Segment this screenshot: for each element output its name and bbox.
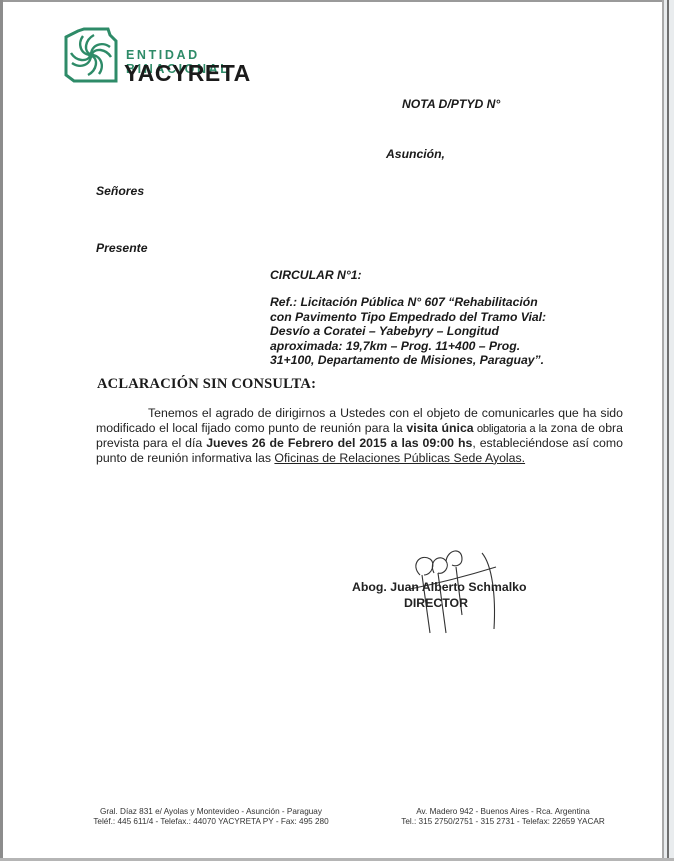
reference-block: Ref.: Licitación Pública N° 607 “Rehabil… bbox=[270, 295, 560, 368]
signatory-name: Abog. Juan Alberto Schmalko bbox=[352, 580, 526, 594]
page-border-left bbox=[0, 0, 3, 861]
note-number: NOTA D/PTYD N° bbox=[402, 97, 500, 111]
section-heading: ACLARACIÓN SIN CONSULTA: bbox=[97, 376, 316, 393]
body-text-part2: obligatoria a la bbox=[474, 423, 547, 435]
org-name-line2: YACYRETA bbox=[124, 60, 251, 87]
spiral-square-logo-icon bbox=[64, 27, 118, 83]
letterhead-logo: ENTIDAD BINACIONAL YACYRETA bbox=[64, 27, 304, 87]
footer-address-paraguay: Gral. Díaz 831 e/ Ayolas y Montevideo - … bbox=[86, 807, 336, 827]
place-line: Asunción, bbox=[386, 147, 445, 161]
footer-left-line2: Teléf.: 445 611/4 - Telefax.: 44070 YACY… bbox=[86, 817, 336, 827]
body-paragraph: Tenemos el agrado de dirigirnos a Ustede… bbox=[96, 406, 623, 465]
circular-title: CIRCULAR N°1: bbox=[270, 268, 362, 282]
page-border-right-line bbox=[667, 0, 669, 861]
body-underlined-location: Oficinas de Relaciones Públicas Sede Ayo… bbox=[274, 451, 525, 465]
signatory-title: DIRECTOR bbox=[404, 596, 468, 610]
salutation: Señores bbox=[96, 184, 144, 198]
presente-line: Presente bbox=[96, 241, 148, 255]
page-border-top bbox=[0, 0, 674, 2]
footer-left-line1: Gral. Díaz 831 e/ Ayolas y Montevideo - … bbox=[86, 807, 336, 817]
body-bold-date: Jueves 26 de Febrero del 2015 a las 09:0… bbox=[206, 436, 472, 450]
footer-right-line1: Av. Madero 942 - Buenos Aires - Rca. Arg… bbox=[386, 807, 620, 817]
body-bold-visit: visita única bbox=[406, 421, 473, 435]
footer-address-argentina: Av. Madero 942 - Buenos Aires - Rca. Arg… bbox=[386, 807, 620, 827]
footer-right-line2: Tel.: 315 2750/2751 - 315 2731 - Telefax… bbox=[386, 817, 620, 827]
